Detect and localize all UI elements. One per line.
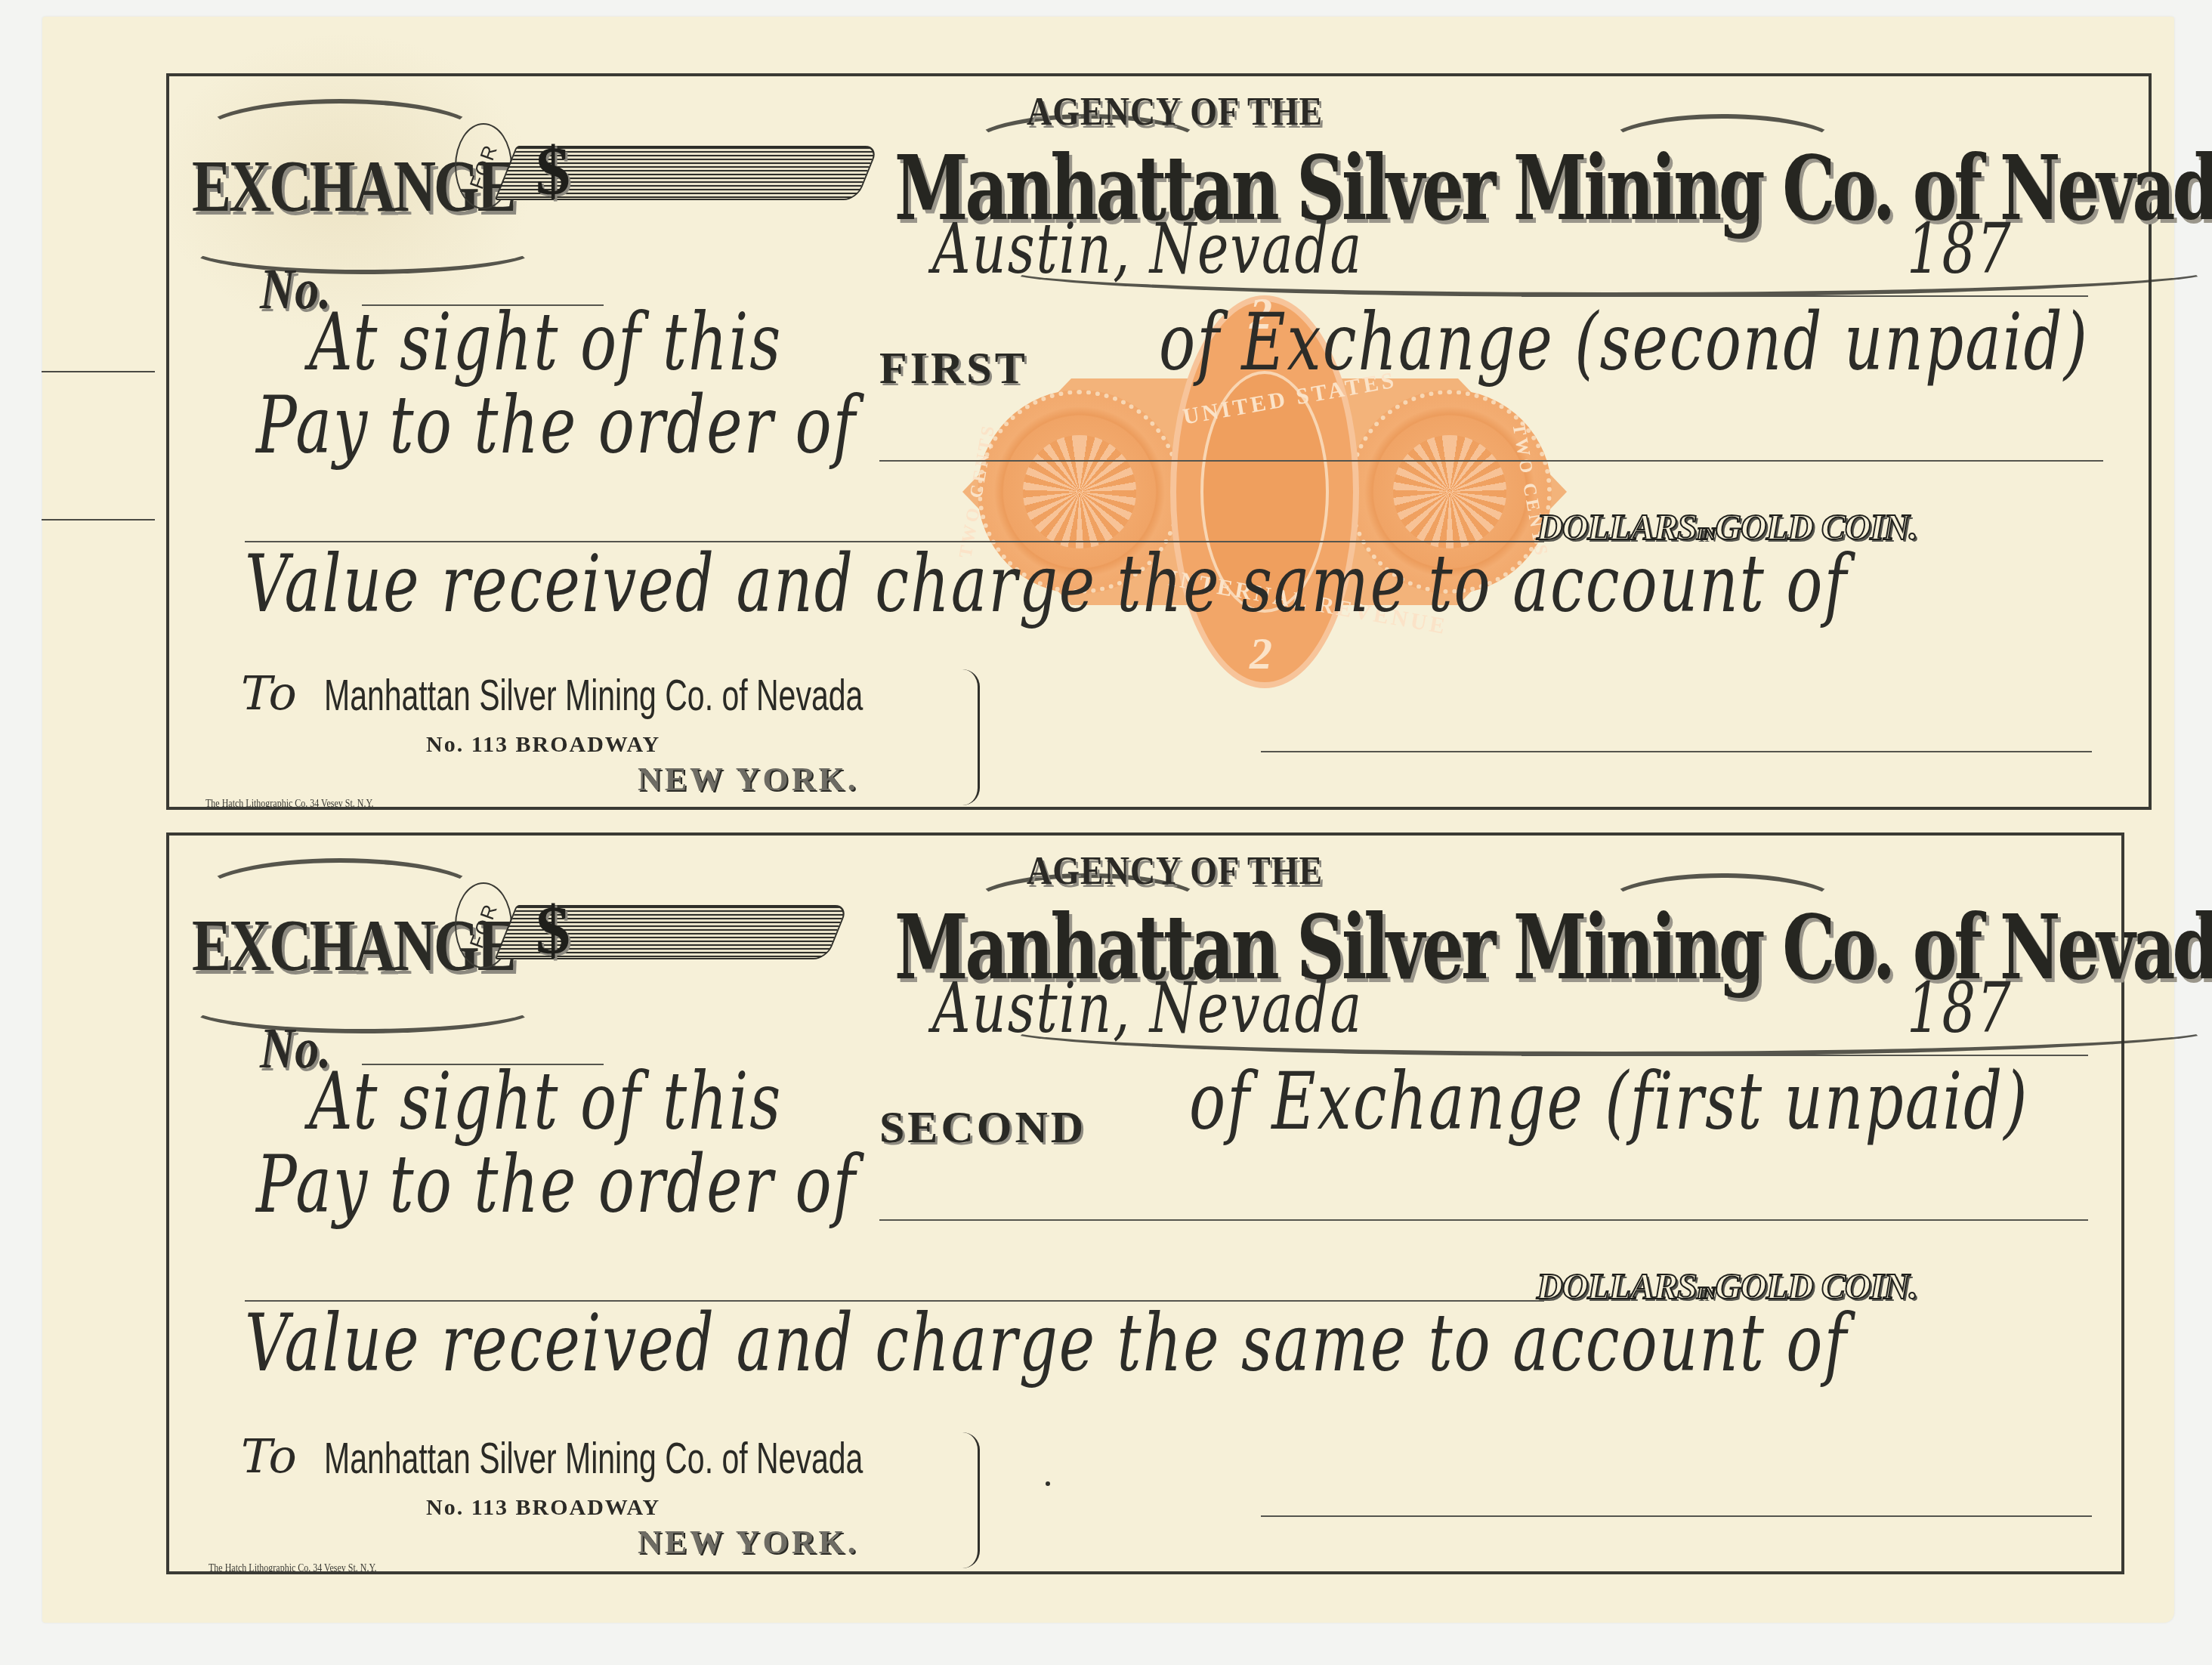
signature-field[interactable] xyxy=(1261,751,2092,752)
value-received-label: Value received and charge the same to ac… xyxy=(245,1298,1848,1389)
addressee-name: Manhattan Silver Mining Co. of Nevada xyxy=(324,670,863,721)
addressee-city: NEW YORK. xyxy=(638,1523,859,1562)
addressee-city: NEW YORK. xyxy=(638,760,859,799)
stub-line-bottom xyxy=(42,519,155,521)
dollar-sign: $ xyxy=(536,890,570,970)
stamp-numeral-bottom: 2 xyxy=(1250,628,1272,680)
exchange-ordinal: FIRST xyxy=(879,342,1028,394)
for-label: FOR xyxy=(465,900,502,951)
exchange-ordinal: SECOND xyxy=(879,1101,1086,1154)
to-label: To xyxy=(241,666,297,721)
stamp-rosette xyxy=(1393,435,1506,548)
to-label: To xyxy=(241,1429,297,1484)
sight-suffix: of Exchange (first unpaid) xyxy=(1189,1056,2029,1148)
place-label: Austin, Nevada xyxy=(932,968,1363,1049)
place-label: Austin, Nevada xyxy=(932,209,1363,289)
agency-line: AGENCY OF THE xyxy=(1027,848,1323,894)
payee-field[interactable] xyxy=(879,1219,2088,1221)
sight-prefix: At sight of this xyxy=(309,297,782,388)
stub-line-top xyxy=(42,371,155,372)
address-brace xyxy=(962,669,980,805)
year-prefix: 187 xyxy=(1907,968,2013,1049)
addressee-name: Manhattan Silver Mining Co. of Nevada xyxy=(324,1433,863,1484)
pay-to-label: Pay to the order of xyxy=(256,380,857,471)
for-label: FOR xyxy=(465,141,502,192)
payee-field[interactable] xyxy=(879,460,2103,462)
addressee-street: No. 113 BROADWAY xyxy=(426,732,660,758)
year-prefix: 187 xyxy=(1907,209,2013,289)
value-received-label: Value received and charge the same to ac… xyxy=(245,539,1848,630)
check-first-of-exchange: EXCHANGE FOR $ AGENCY OF THE Manhattan S… xyxy=(166,73,2152,810)
address-brace xyxy=(962,1432,980,1568)
pay-to-label: Pay to the order of xyxy=(256,1139,857,1231)
agency-line: AGENCY OF THE xyxy=(1027,88,1323,134)
sight-suffix: of Exchange (second unpaid) xyxy=(1159,297,2089,388)
addressee-street: No. 113 BROADWAY xyxy=(426,1495,660,1521)
lithographer-imprint: The Hatch Lithographic Co. 34 Vesey St. … xyxy=(205,796,374,811)
check-second-of-exchange: EXCHANGE FOR $ AGENCY OF THE Manhattan S… xyxy=(166,832,2124,1574)
lithographer-imprint: The Hatch Lithographic Co. 34 Vesey St. … xyxy=(209,1561,377,1576)
signature-field[interactable] xyxy=(1261,1515,2092,1517)
dollar-sign: $ xyxy=(536,131,570,211)
stamp-rosette xyxy=(1023,435,1136,548)
sight-prefix: At sight of this xyxy=(309,1056,782,1148)
ink-speck xyxy=(1046,1481,1050,1486)
year-field[interactable] xyxy=(2028,1055,2088,1056)
